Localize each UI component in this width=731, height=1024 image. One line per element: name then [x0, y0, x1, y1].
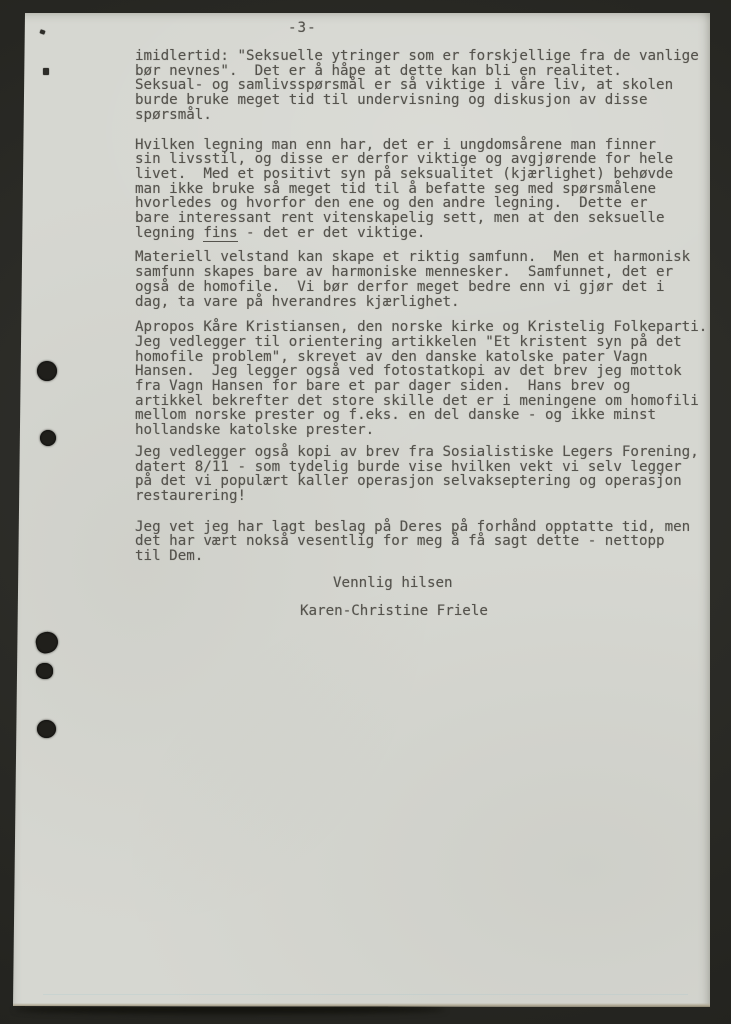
- letter-paragraph: Apropos Kåre Kristiansen, den norske kir…: [135, 320, 731, 438]
- letter-line: livet. Med et positivt syn på seksualite…: [135, 167, 731, 182]
- letter-line: mellom norske prester og f.eks. en del d…: [135, 408, 731, 423]
- letter-line: fra Vagn Hansen for bare et par dager si…: [135, 379, 731, 394]
- letter-line: hvorledes og hvorfor den ene og den andr…: [135, 196, 731, 211]
- letter-line: Apropos Kåre Kristiansen, den norske kir…: [135, 320, 731, 335]
- letter-line: til Dem.: [135, 549, 731, 564]
- letter-line: samfunn skapes bare av harmoniske mennes…: [135, 265, 731, 280]
- letter-line: Seksual- og samlivsspørsmål er så viktig…: [135, 78, 731, 93]
- letter-line: også de homofile. Vi bør derfor meget be…: [135, 280, 731, 295]
- letter-line: hollandske katolske prester.: [135, 423, 731, 438]
- punch-hole: [37, 720, 56, 738]
- underlined-word: fins: [203, 225, 237, 243]
- scan-artifact-line: [43, 994, 688, 995]
- punch-hole: [34, 630, 60, 655]
- paper-mark: [43, 68, 49, 75]
- letter-line: legning fins - det er det viktige.: [135, 226, 731, 241]
- letter-paragraph: Jeg vet jeg har lagt beslag på Deres på …: [135, 520, 731, 564]
- punch-hole: [40, 430, 56, 446]
- letter-line: Hvilken legning man enn har, det er i un…: [135, 138, 731, 153]
- letter-line: sin livsstil, og disse er derfor viktige…: [135, 152, 731, 167]
- scan-background: -3- imidlertid: "Seksuelle ytringer som …: [0, 0, 731, 1024]
- letter-paragraph: imidlertid: "Seksuelle ytringer som er f…: [135, 49, 731, 123]
- punch-hole: [37, 361, 57, 381]
- page-number: -3-: [288, 21, 317, 36]
- punch-hole: [36, 663, 53, 679]
- paper-mark: [39, 29, 45, 34]
- letter-paragraph: Jeg vedlegger også kopi av brev fra Sosi…: [135, 445, 731, 504]
- letter-line: Jeg vedlegger også kopi av brev fra Sosi…: [135, 445, 731, 460]
- letter-line: Jeg vedlegger til orientering artikkelen…: [135, 335, 731, 350]
- letter-line: imidlertid: "Seksuelle ytringer som er f…: [135, 49, 731, 64]
- letter-line: det har vært nokså vesentlig for meg å f…: [135, 534, 731, 549]
- valediction: Vennlig hilsen: [333, 576, 453, 591]
- letter-page: -3- imidlertid: "Seksuelle ytringer som …: [13, 13, 710, 1007]
- letter-line: dag, ta vare på hverandres kjærlighet.: [135, 295, 731, 310]
- letter-paragraph: Hvilken legning man enn har, det er i un…: [135, 138, 731, 241]
- letter-body: imidlertid: "Seksuelle ytringer som er f…: [135, 49, 731, 564]
- letter-line: burde bruke meget tid til undervisning o…: [135, 93, 731, 108]
- letter-line: restaurering!: [135, 489, 731, 504]
- letter-line: bare interessant rent vitenskapelig sett…: [135, 211, 731, 226]
- letter-line: på det vi populært kaller operasjon selv…: [135, 474, 731, 489]
- signature-name: Karen-Christine Friele: [300, 604, 488, 619]
- letter-line: spørsmål.: [135, 108, 731, 123]
- letter-paragraph: Materiell velstand kan skape et riktig s…: [135, 250, 731, 309]
- letter-line: Hansen. Jeg legger også ved fotostatkopi…: [135, 364, 731, 379]
- letter-line: Materiell velstand kan skape et riktig s…: [135, 250, 731, 265]
